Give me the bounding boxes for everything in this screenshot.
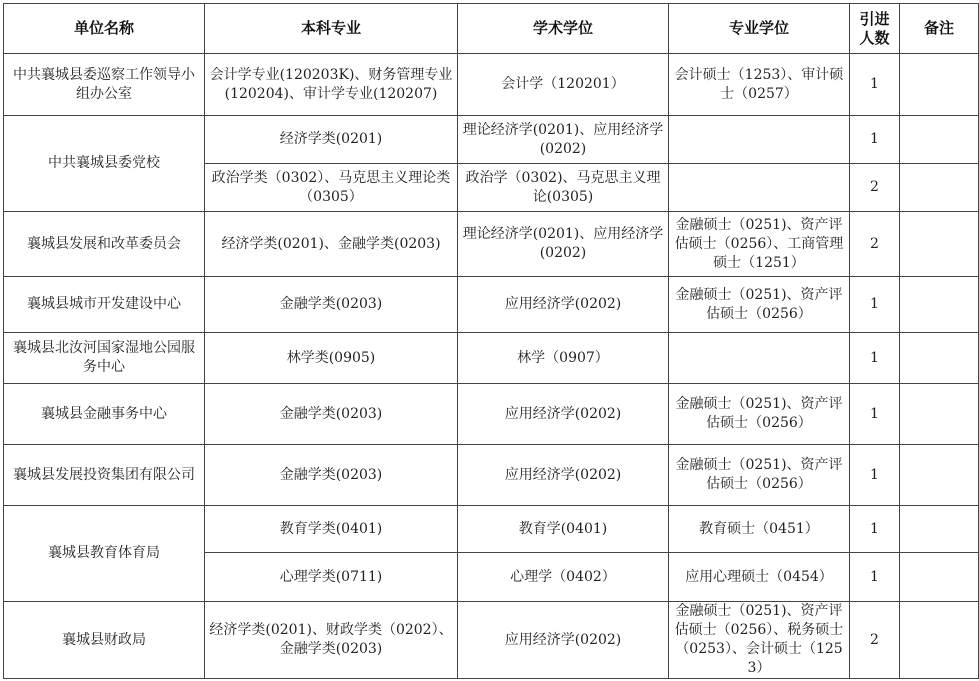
cell-unit: 中共襄城县委巡察工作领导小组办公室: [4, 54, 205, 116]
cell-unit: 襄城县教育体育局: [4, 506, 205, 602]
cell-count: 1: [850, 506, 900, 553]
cell-undergrad: 政治学类（0302）、马克思主义理论类（0305）: [205, 164, 458, 212]
table-header-row: 单位名称 本科专业 学术学位 专业学位 引进人数 备注: [4, 4, 979, 54]
cell-count: 1: [850, 445, 900, 506]
cell-unit: 中共襄城县委党校: [4, 116, 205, 212]
table-row: 襄城县北汝河国家湿地公园服务中心 林学类(0905) 林学（0907） 1: [4, 333, 979, 384]
cell-undergrad: 金融学类(0203): [205, 445, 458, 506]
cell-academic: 应用经济学(0202): [458, 445, 669, 506]
cell-unit: 襄城县金融事务中心: [4, 384, 205, 445]
header-professional-degree: 专业学位: [669, 4, 850, 54]
cell-undergrad: 金融学类(0203): [205, 384, 458, 445]
cell-undergrad: 会计学专业(120203K)、财务管理专业(120204)、审计学专业(1202…: [205, 54, 458, 116]
cell-count: 2: [850, 602, 900, 679]
cell-unit: 襄城县城市开发建设中心: [4, 277, 205, 333]
cell-remarks: [900, 506, 979, 553]
cell-count: 1: [850, 54, 900, 116]
table-row: 襄城县城市开发建设中心 金融学类(0203) 应用经济学(0202) 金融硕士（…: [4, 277, 979, 333]
cell-professional: 应用心理硕士（0454）: [669, 553, 850, 602]
cell-professional: 金融硕士（0251)、资产评估硕士（0256）、工商管理硕士（1251）: [669, 212, 850, 277]
table-row: 襄城县发展投资集团有限公司 金融学类(0203) 应用经济学(0202) 金融硕…: [4, 445, 979, 506]
cell-professional: [669, 164, 850, 212]
table-row: 襄城县金融事务中心 金融学类(0203) 应用经济学(0202) 金融硕士（02…: [4, 384, 979, 445]
cell-undergrad: 教育学类(0401): [205, 506, 458, 553]
cell-unit: 襄城县财政局: [4, 602, 205, 679]
cell-count: 1: [850, 277, 900, 333]
cell-count: 2: [850, 164, 900, 212]
header-recruit-count: 引进人数: [850, 4, 900, 54]
cell-academic: 理论经济学(0201)、应用经济学(0202): [458, 212, 669, 277]
cell-professional: [669, 116, 850, 164]
cell-remarks: [900, 116, 979, 164]
cell-undergrad: 经济学类(0201): [205, 116, 458, 164]
cell-count: 1: [850, 333, 900, 384]
table-row: 襄城县教育体育局 教育学类(0401) 教育学(0401) 教育硕士（0451）…: [4, 506, 979, 553]
cell-academic: 政治学（0302)、马克思主义理论(0305): [458, 164, 669, 212]
cell-undergrad: 经济学类(0201)、财政学类（0202）、金融学类(0203): [205, 602, 458, 679]
cell-academic: 应用经济学(0202): [458, 277, 669, 333]
cell-academic: 林学（0907）: [458, 333, 669, 384]
talent-recruitment-table: 单位名称 本科专业 学术学位 专业学位 引进人数 备注 中共襄城县委巡察工作领导…: [3, 3, 979, 679]
header-undergrad-major: 本科专业: [205, 4, 458, 54]
cell-unit: 襄城县发展投资集团有限公司: [4, 445, 205, 506]
cell-professional: 金融硕士（0251)、资产评估硕士（0256）: [669, 277, 850, 333]
cell-academic: 应用经济学(0202): [458, 602, 669, 679]
cell-count: 1: [850, 384, 900, 445]
cell-remarks: [900, 54, 979, 116]
cell-remarks: [900, 333, 979, 384]
cell-professional: 金融硕士（0251)、资产评估硕士（0256）: [669, 384, 850, 445]
cell-academic: 应用经济学(0202): [458, 384, 669, 445]
cell-professional: 金融硕士（0251)、资产评估硕士（0256）、税务硕士（0253）、会计硕士（…: [669, 602, 850, 679]
table-row: 中共襄城县委巡察工作领导小组办公室 会计学专业(120203K)、财务管理专业(…: [4, 54, 979, 116]
cell-undergrad: 经济学类(0201)、金融学类(0203): [205, 212, 458, 277]
header-academic-degree: 学术学位: [458, 4, 669, 54]
cell-undergrad: 林学类(0905): [205, 333, 458, 384]
cell-academic: 理论经济学(0201)、应用经济学(0202): [458, 116, 669, 164]
cell-count: 1: [850, 553, 900, 602]
cell-remarks: [900, 277, 979, 333]
header-unit-name: 单位名称: [4, 4, 205, 54]
table-row: 襄城县财政局 经济学类(0201)、财政学类（0202）、金融学类(0203) …: [4, 602, 979, 679]
cell-academic: 会计学（120201）: [458, 54, 669, 116]
cell-remarks: [900, 445, 979, 506]
cell-professional: 教育硕士（0451）: [669, 506, 850, 553]
cell-remarks: [900, 212, 979, 277]
cell-count: 1: [850, 116, 900, 164]
cell-unit: 襄城县北汝河国家湿地公园服务中心: [4, 333, 205, 384]
header-remarks: 备注: [900, 4, 979, 54]
cell-count: 2: [850, 212, 900, 277]
cell-unit: 襄城县发展和改革委员会: [4, 212, 205, 277]
header-recruit-count-line2: 人数: [859, 29, 889, 47]
cell-remarks: [900, 602, 979, 679]
header-recruit-count-line1: 引进: [859, 10, 889, 28]
table-row: 襄城县发展和改革委员会 经济学类(0201)、金融学类(0203) 理论经济学(…: [4, 212, 979, 277]
cell-professional: [669, 333, 850, 384]
cell-academic: 教育学(0401): [458, 506, 669, 553]
cell-remarks: [900, 384, 979, 445]
cell-undergrad: 心理学类(0711): [205, 553, 458, 602]
table-row: 中共襄城县委党校 经济学类(0201) 理论经济学(0201)、应用经济学(02…: [4, 116, 979, 164]
cell-professional: 金融硕士（0251)、资产评估硕士（0256）: [669, 445, 850, 506]
cell-undergrad: 金融学类(0203): [205, 277, 458, 333]
cell-academic: 心理学（0402）: [458, 553, 669, 602]
cell-remarks: [900, 553, 979, 602]
cell-professional: 会计硕士（1253）、审计硕士（0257）: [669, 54, 850, 116]
cell-remarks: [900, 164, 979, 212]
